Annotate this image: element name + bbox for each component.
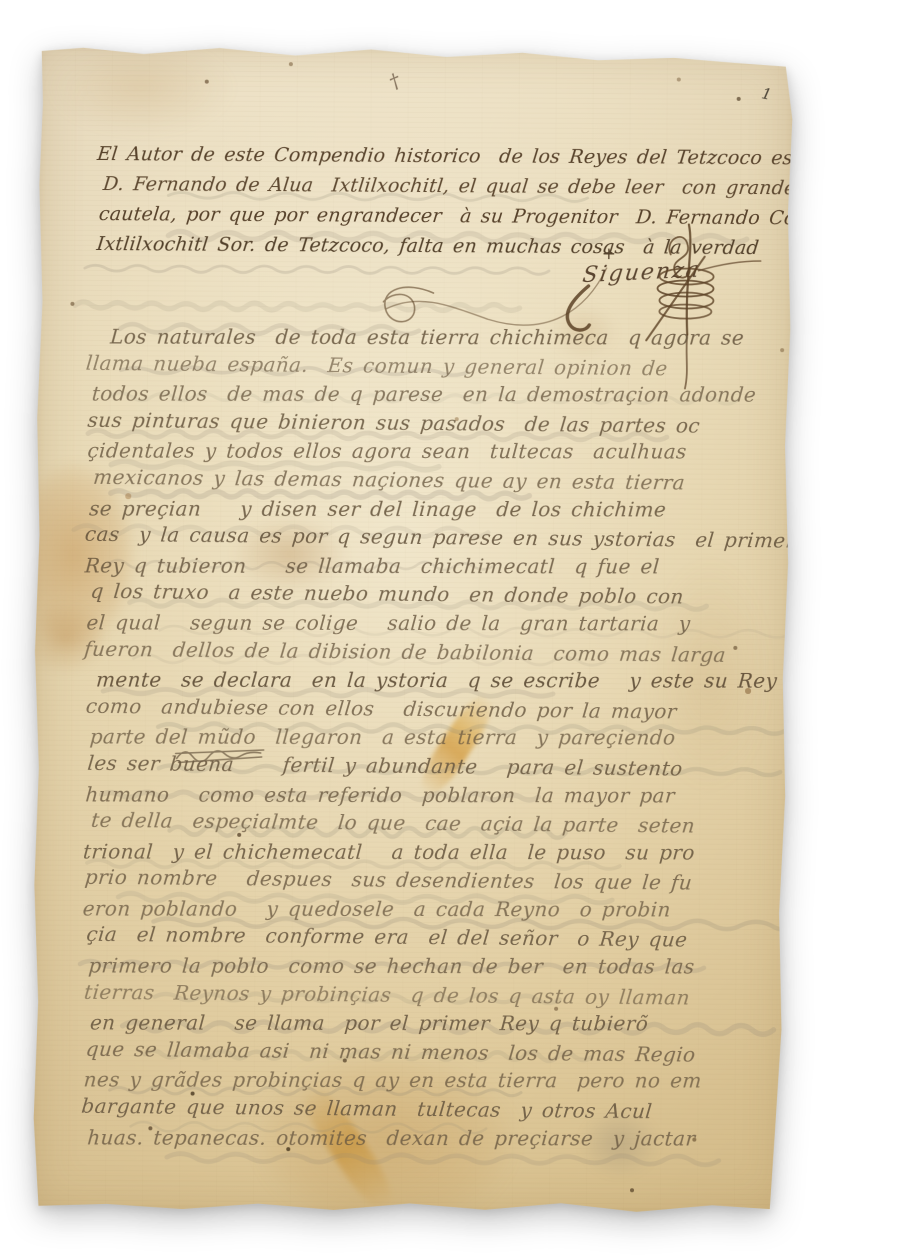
paper-sheet: † 1 El Autor de este Compendio historico… xyxy=(31,45,795,1217)
body-line: fueron dellos de la dibision de babiloni… xyxy=(83,634,766,669)
body-line: en general se llama por el primer Rey q … xyxy=(89,1009,763,1039)
body-line: tierras Reynos y probinçias q de los q a… xyxy=(83,977,764,1012)
body-line: prio nombre despues sus desendientes los… xyxy=(84,863,765,898)
body-line: primero la poblo como se hechan de ber e… xyxy=(87,951,763,981)
body-line: huas. tepanecas. otomites dexan de preçi… xyxy=(86,1123,762,1153)
body-line: te della espeçialmte lo que cae açia la … xyxy=(90,806,765,841)
annotation-line: cautela, por que por engrandecer à su Pr… xyxy=(97,199,798,233)
body-line: todos ellos de mas de q parese en la dem… xyxy=(91,380,767,410)
annotation-line: El Autor de este Compendio historico de … xyxy=(96,139,799,173)
body-line: bargante que unos se llaman tultecas y o… xyxy=(80,1092,763,1127)
body-line: Los naturales de toda esta tierra chichi… xyxy=(109,322,767,352)
body-line: çidentales y todos ellos agora sean tult… xyxy=(87,437,767,467)
body-line: trional y el chichemecatl a toda ella le… xyxy=(82,837,764,867)
annotation-line: D. Fernando de Alua Ixtlilxochitl, el qu… xyxy=(101,169,798,203)
body-line: mexicanos y las demas naçiones que ay en… xyxy=(92,463,767,498)
body-line: les ser buena fertil y abundante para el… xyxy=(86,749,765,784)
manuscript-page: † 1 El Autor de este Compendio historico… xyxy=(31,45,795,1217)
body-line: nes y grãdes probinçias q ay en esta tie… xyxy=(83,1066,763,1096)
manuscript-photo: † 1 El Autor de este Compendio historico… xyxy=(0,0,906,1260)
body-line: humano como esta referido poblaron la ma… xyxy=(84,780,764,810)
body-line: cas y la causa es por q segun parese en … xyxy=(84,520,767,555)
body-line: mente se declara en la ystoria q se escr… xyxy=(95,666,765,696)
body-line: llama nueba españa. Es comun y general o… xyxy=(85,348,768,383)
body-line: sus pinturas que binieron sus pasados de… xyxy=(86,406,767,441)
body-line: se preçian y disen ser del linage de los… xyxy=(88,494,766,524)
body-line: que se llamaba asi ni mas ni menos los d… xyxy=(84,1035,763,1070)
body-line: parte del mũdo llegaron a esta tierra y … xyxy=(89,723,765,753)
body-line: eron poblando y quedosele a cada Reyno o… xyxy=(82,894,764,924)
body-line: q los truxo a este nuebo mundo en donde … xyxy=(89,577,766,612)
body-line: el qual segun se colige salio de la gran… xyxy=(85,608,765,638)
annotation-block: El Autor de este Compendio historico de … xyxy=(97,139,798,263)
body-line: Rey q tubieron se llamaba chichimecatl q… xyxy=(84,551,766,581)
foxing-spots xyxy=(38,45,40,47)
body-text-block: Los naturales de toda esta tierra chichi… xyxy=(81,321,766,1154)
body-line: çia el nombre conforme era el del señor … xyxy=(85,920,764,955)
body-line: como andubiese con ellos discuriendo por… xyxy=(85,691,766,726)
